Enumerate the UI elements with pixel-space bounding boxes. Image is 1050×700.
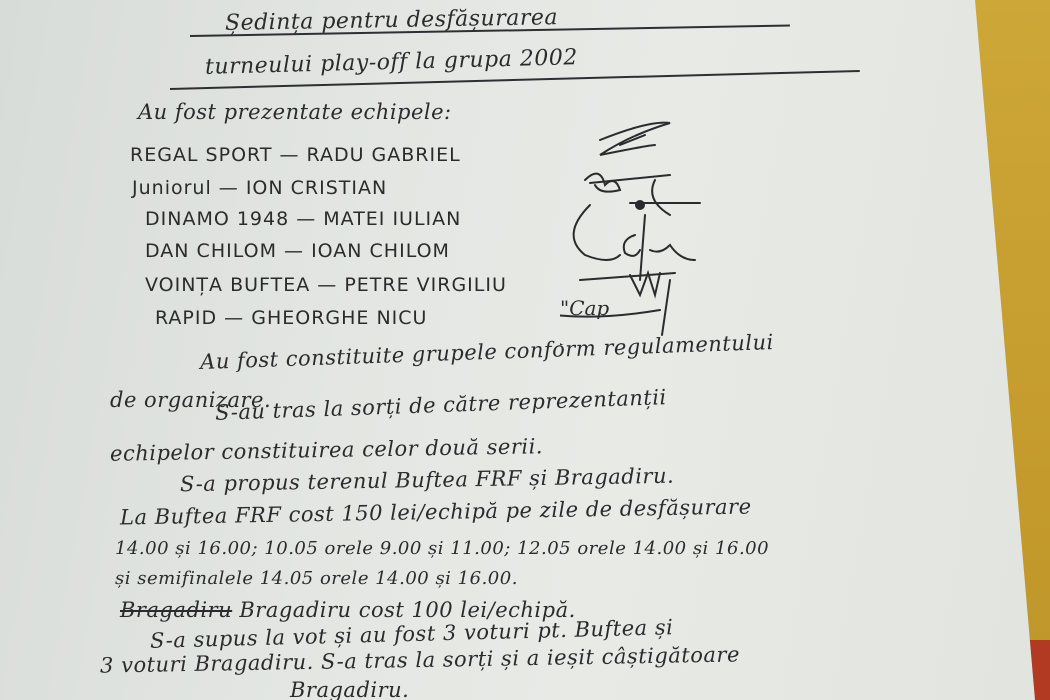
team-representative: RADU GABRIEL: [307, 144, 461, 166]
team-representative: ION CRISTIAN: [246, 177, 387, 199]
handwritten-page: Ședința pentru desfășurarea turneului pl…: [0, 0, 1035, 700]
team-name: RAPID: [155, 307, 217, 329]
team-row: DAN CHILOM — IOAN CHILOM: [145, 240, 450, 262]
team-row: Juniorul — ION CRISTIAN: [132, 177, 387, 199]
paragraph-line: S-au tras la sorți de către reprezentanț…: [215, 385, 667, 425]
paragraph-line: Bragadiru.: [290, 678, 409, 700]
paragraph-line: Au fost constituite grupele conform regu…: [200, 330, 774, 374]
paragraph-line: La Buftea FRF cost 150 lei/echipă pe zil…: [120, 494, 752, 529]
team-name: DINAMO 1948: [145, 208, 289, 230]
team-row: REGAL SPORT — RADU GABRIEL: [130, 144, 461, 166]
paragraph-line: și semifinalele 14.05 orele 14.00 și 16.…: [115, 568, 518, 589]
team-row: RAPID — GHEORGHE NICU: [155, 307, 427, 329]
team-representative: IOAN CHILOM: [311, 240, 450, 262]
paragraph-line: S-a propus terenul Buftea FRF și Bragadi…: [180, 464, 675, 497]
struck-word: Bragadiru: [120, 598, 232, 622]
intro-text: Au fost prezentate echipele:: [138, 100, 452, 124]
team-representative: MATEI IULIAN: [323, 208, 461, 230]
paragraph-line: 14.00 și 16.00; 10.05 orele 9.00 și 11.0…: [115, 538, 769, 559]
team-row: DINAMO 1948 — MATEI IULIAN: [145, 208, 461, 230]
title-line-2: turneului play-off la grupa 2002: [205, 45, 578, 80]
team-representative: PETRE VIRGILIU: [344, 274, 507, 296]
team-name: REGAL SPORT: [130, 144, 272, 166]
team-representative: GHEORGHE NICU: [251, 307, 427, 329]
team-name: Juniorul: [132, 177, 212, 199]
team-name: VOINȚA BUFTEA: [145, 274, 310, 296]
svg-text:"Cap: "Cap: [560, 296, 609, 320]
paragraph-line: Bragadiru Bragadiru cost 100 lei/echipă.: [120, 598, 576, 622]
paragraph-line: echipelor constituirea celor două serii.: [110, 434, 543, 466]
team-row: VOINȚA BUFTEA — PETRE VIRGILIU: [145, 274, 507, 296]
signatures: "Cap: [560, 105, 760, 345]
team-name: DAN CHILOM: [145, 240, 277, 262]
